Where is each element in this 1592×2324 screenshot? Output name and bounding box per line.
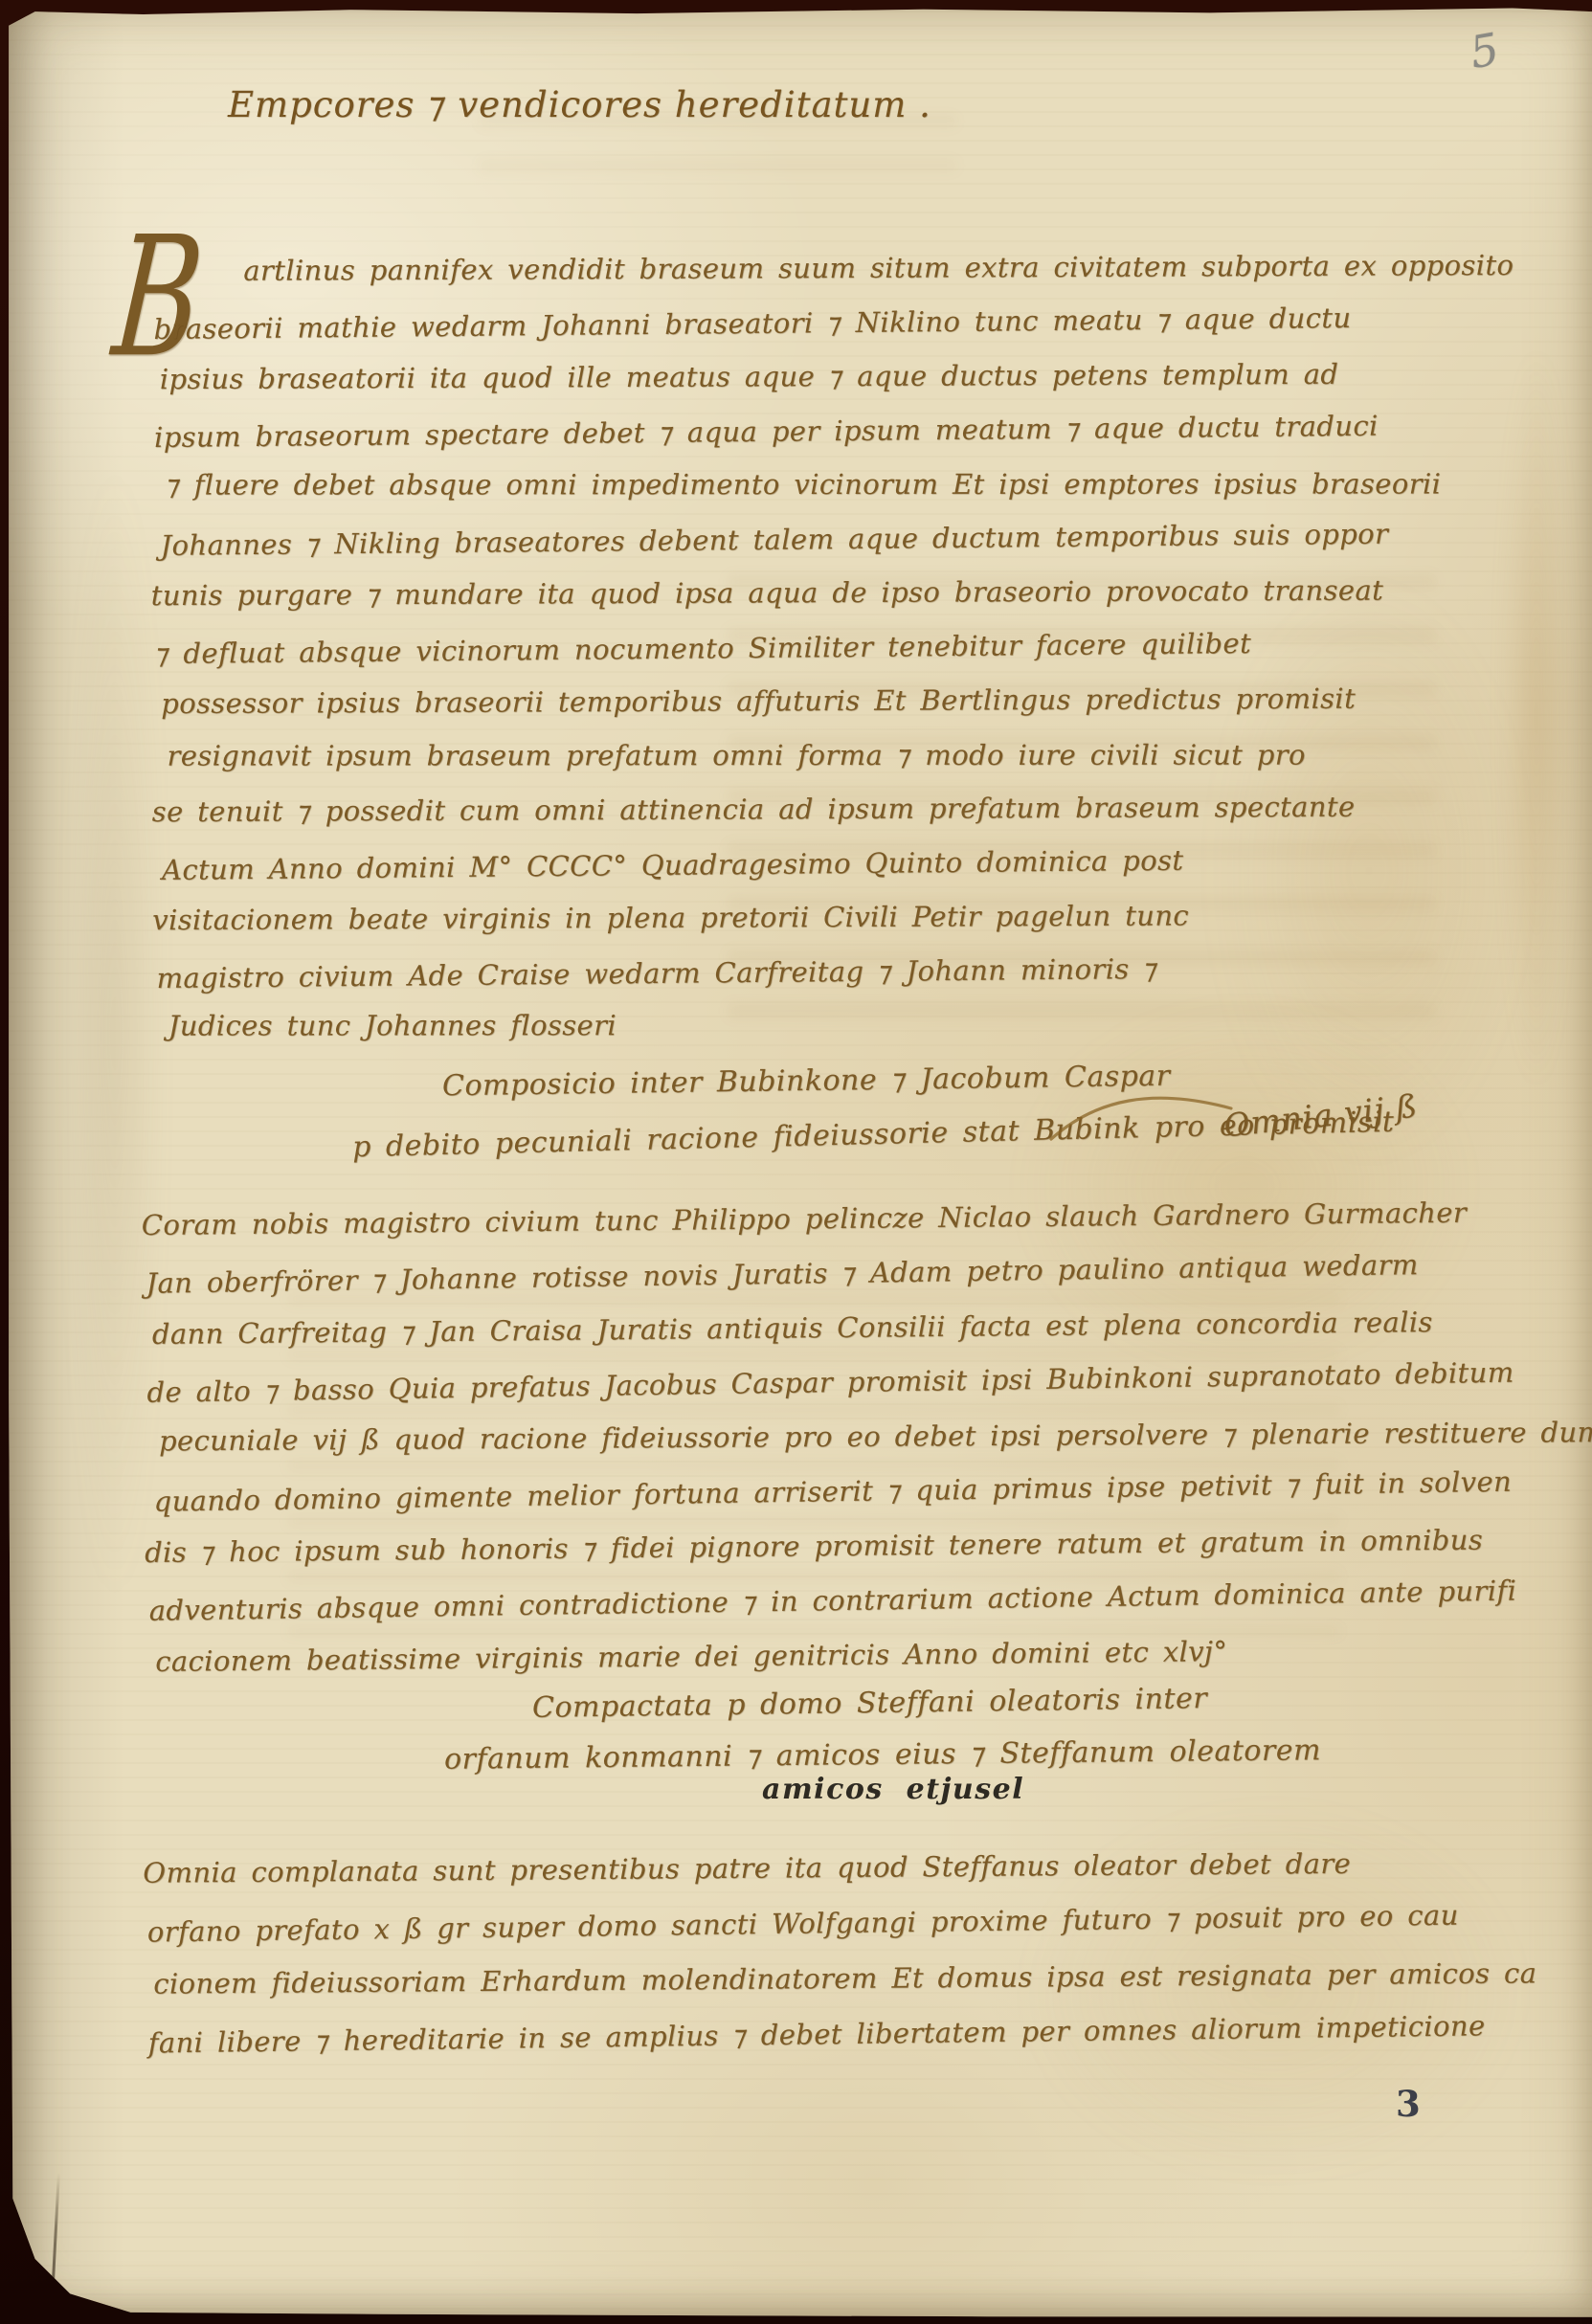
text-line: tunis purgare ⁊ mundare ita quod ipsa aq… — [151, 563, 1549, 623]
text-line: artlinus pannifex vendidit braseum suum … — [243, 238, 1547, 298]
page-edge-crack — [50, 2173, 60, 2316]
entry2-paragraph: Coram nobis magistro civium tunc Philipp… — [142, 1185, 1544, 1689]
entry3-heading-line2: orfanum konmanni ⁊ amicos eius ⁊ Steffan… — [444, 1733, 1321, 1777]
text-line: se tenuit ⁊ possedit cum omni attinencia… — [152, 779, 1550, 839]
entry2-heading-line1: Composicio inter Bubinkone ⁊ Jacobum Cas… — [442, 1060, 1171, 1104]
folio-number-pencil: 5 — [1467, 23, 1503, 78]
text-line: ipsum braseorum spectare debet ⁊ aqua pe… — [154, 397, 1548, 464]
text-line: resignavit ipsum braseum prefatum omni f… — [167, 727, 1549, 783]
interlinear-correction: amicos etjusel — [762, 1773, 1024, 1806]
text-line: ⁊ fluere debet absque omni impedimento v… — [166, 457, 1548, 512]
ink-bleedthrough — [479, 115, 957, 201]
text-line: visitacionem beate virginis in plena pre… — [152, 887, 1550, 948]
text-line: magistro civium Ade Craise wedarm Carfre… — [156, 938, 1550, 1005]
text-line: Judices tunc Johannes flosseri — [168, 997, 1551, 1053]
printed-page-number: 3 — [1396, 2083, 1421, 2125]
manuscript-photo: 5 Empcores ⁊ vendicores hereditatum . B … — [0, 0, 1592, 2324]
parchment-page: 5 Empcores ⁊ vendicores hereditatum . B … — [0, 0, 1592, 2324]
entry3-paragraph: Omnia complanata sunt presentibus patre … — [143, 1834, 1542, 2067]
text-line: possessor ipsius braseorii temporibus af… — [161, 671, 1549, 731]
text-line: Johannes ⁊ Nikling braseatores debent ta… — [160, 505, 1548, 572]
text-line: braseorii mathie wedarm Johanni braseato… — [153, 289, 1547, 356]
entry3-heading-line1: Compactata p domo Steffani oleatoris int… — [532, 1682, 1207, 1725]
text-line: ipsius braseatorii ita quod ille meatus … — [160, 346, 1548, 407]
text-line: ⁊ defluat absque vicinorum nocumento Sim… — [155, 614, 1549, 681]
text-line: Actum Anno domini M° CCCC° Quadragesimo … — [162, 830, 1550, 897]
entry-heading-main: Empcores ⁊ vendicores hereditatum . — [228, 84, 931, 125]
entry1-paragraph: artlinus pannifex vendidit braseum suum … — [149, 238, 1551, 1056]
